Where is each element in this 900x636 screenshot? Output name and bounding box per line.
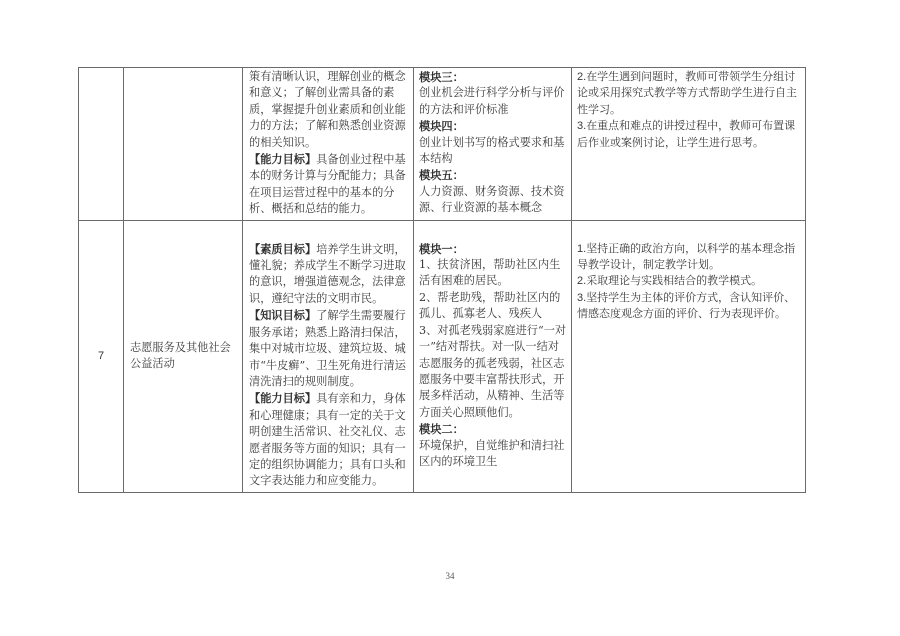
goal-tag: 【能力目标】 [249,152,316,166]
module-title: 模块三： [419,69,567,85]
course-name-cell [124,68,243,221]
module-title: 模块一： [419,241,567,257]
requirement-item: 3.坚持学生为主体的评价方式，含认知评价、情感态度观念方面的评价、行为表现评价。 [577,290,801,323]
goal-tag: 【能力目标】 [249,391,316,405]
module-line: 3、对孤老残弱家庭进行“一对一”结对帮扶。对一队一结对志愿服务的孤老残弱，社区志… [419,323,567,421]
goal-tag: 【知识目标】 [249,308,316,322]
table-row: 策有清晰认识，理解创业的概念和意义；了解创业需具备的素质，掌握提升创业素质和创业… [79,68,806,221]
module-title: 模块四： [419,118,567,134]
goal-tag: 【素质目标】 [249,242,316,256]
requirement-item: 2.采取理论与实践相结合的教学模式。 [577,273,801,289]
curriculum-table: 策有清晰认识，理解创业的概念和意义；了解创业需具备的素质，掌握提升创业素质和创业… [78,67,806,493]
table-row: 7 志愿服务及其他社会公益活动 【素质目标】培养学生讲文明，懂礼貌；养成学生不断… [79,220,806,492]
goal-paragraph: 【能力目标】具备创业过程中基本的财务计算与分配能力；具备在项目运营过程中的基本的… [249,151,409,218]
row-number-cell: 7 [79,220,124,492]
modules-cell: 模块三： 创业机会进行科学分析与评价的方法和评价标准 模块四： 创业计划书写的格… [414,68,572,221]
modules-cell: 模块一： 1、扶贫济困，帮助社区内生活有困难的居民。 2、帮老助残，帮助社区内的… [414,220,572,492]
requirement-item: 1.坚持正确的政治方向，以科学的基本理念指导教学设计，制定教学计划。 [577,241,801,274]
module-text: 人力资源、财务资源、技术资源、行业资源的基本概念 [419,184,567,217]
module-title: 模块五： [419,167,567,183]
requirement-item: 2.在学生遇到问题时，教师可带领学生分组讨论或采用探究式教学等方式帮助学生进行自… [577,69,801,118]
goal-paragraph: 【能力目标】具有亲和力，身体和心理健康；具有一定的关于文明创建生活常识、社交礼仪… [249,390,409,489]
goals-cell: 策有清晰认识，理解创业的概念和意义；了解创业需具备的素质，掌握提升创业素质和创业… [243,68,414,221]
goal-paragraph: 策有清晰认识，理解创业的概念和意义；了解创业需具备的素质，掌握提升创业素质和创业… [249,69,409,151]
teaching-requirements-cell: 2.在学生遇到问题时，教师可带领学生分组讨论或采用探究式教学等方式帮助学生进行自… [572,68,806,221]
goal-paragraph: 【素质目标】培养学生讲文明，懂礼貌；养成学生不断学习进取的意识，增强道德观念，法… [249,241,409,308]
teaching-requirements-cell: 1.坚持正确的政治方向，以科学的基本理念指导教学设计，制定教学计划。 2.采取理… [572,220,806,492]
course-name-cell: 志愿服务及其他社会公益活动 [124,220,243,492]
page-number: 34 [0,571,900,581]
module-text: 创业机会进行科学分析与评价的方法和评价标准 [419,85,567,118]
module-line: 环境保护，自觉维护和清扫社区内的环境卫生 [419,438,567,471]
module-title: 模块二： [419,421,567,437]
row-number-cell [79,68,124,221]
module-text: 创业计划书写的格式要求和基本结构 [419,135,567,168]
module-line: 2、帮老助残，帮助社区内的孤儿、孤寡老人、残疾人 [419,290,567,323]
requirement-item: 3.在重点和难点的讲授过程中，教师可布置课后作业或案例讨论，让学生进行思考。 [577,118,801,151]
module-line: 1、扶贫济困，帮助社区内生活有困难的居民。 [419,257,567,290]
goal-paragraph: 【知识目标】了解学生需要履行服务承诺；熟悉上路清扫保洁，集中对城市垃圾、建筑垃圾… [249,307,409,390]
goals-cell: 【素质目标】培养学生讲文明，懂礼貌；养成学生不断学习进取的意识，增强道德观念，法… [243,220,414,492]
document-page: 策有清晰认识，理解创业的概念和意义；了解创业需具备的素质，掌握提升创业素质和创业… [0,0,900,636]
